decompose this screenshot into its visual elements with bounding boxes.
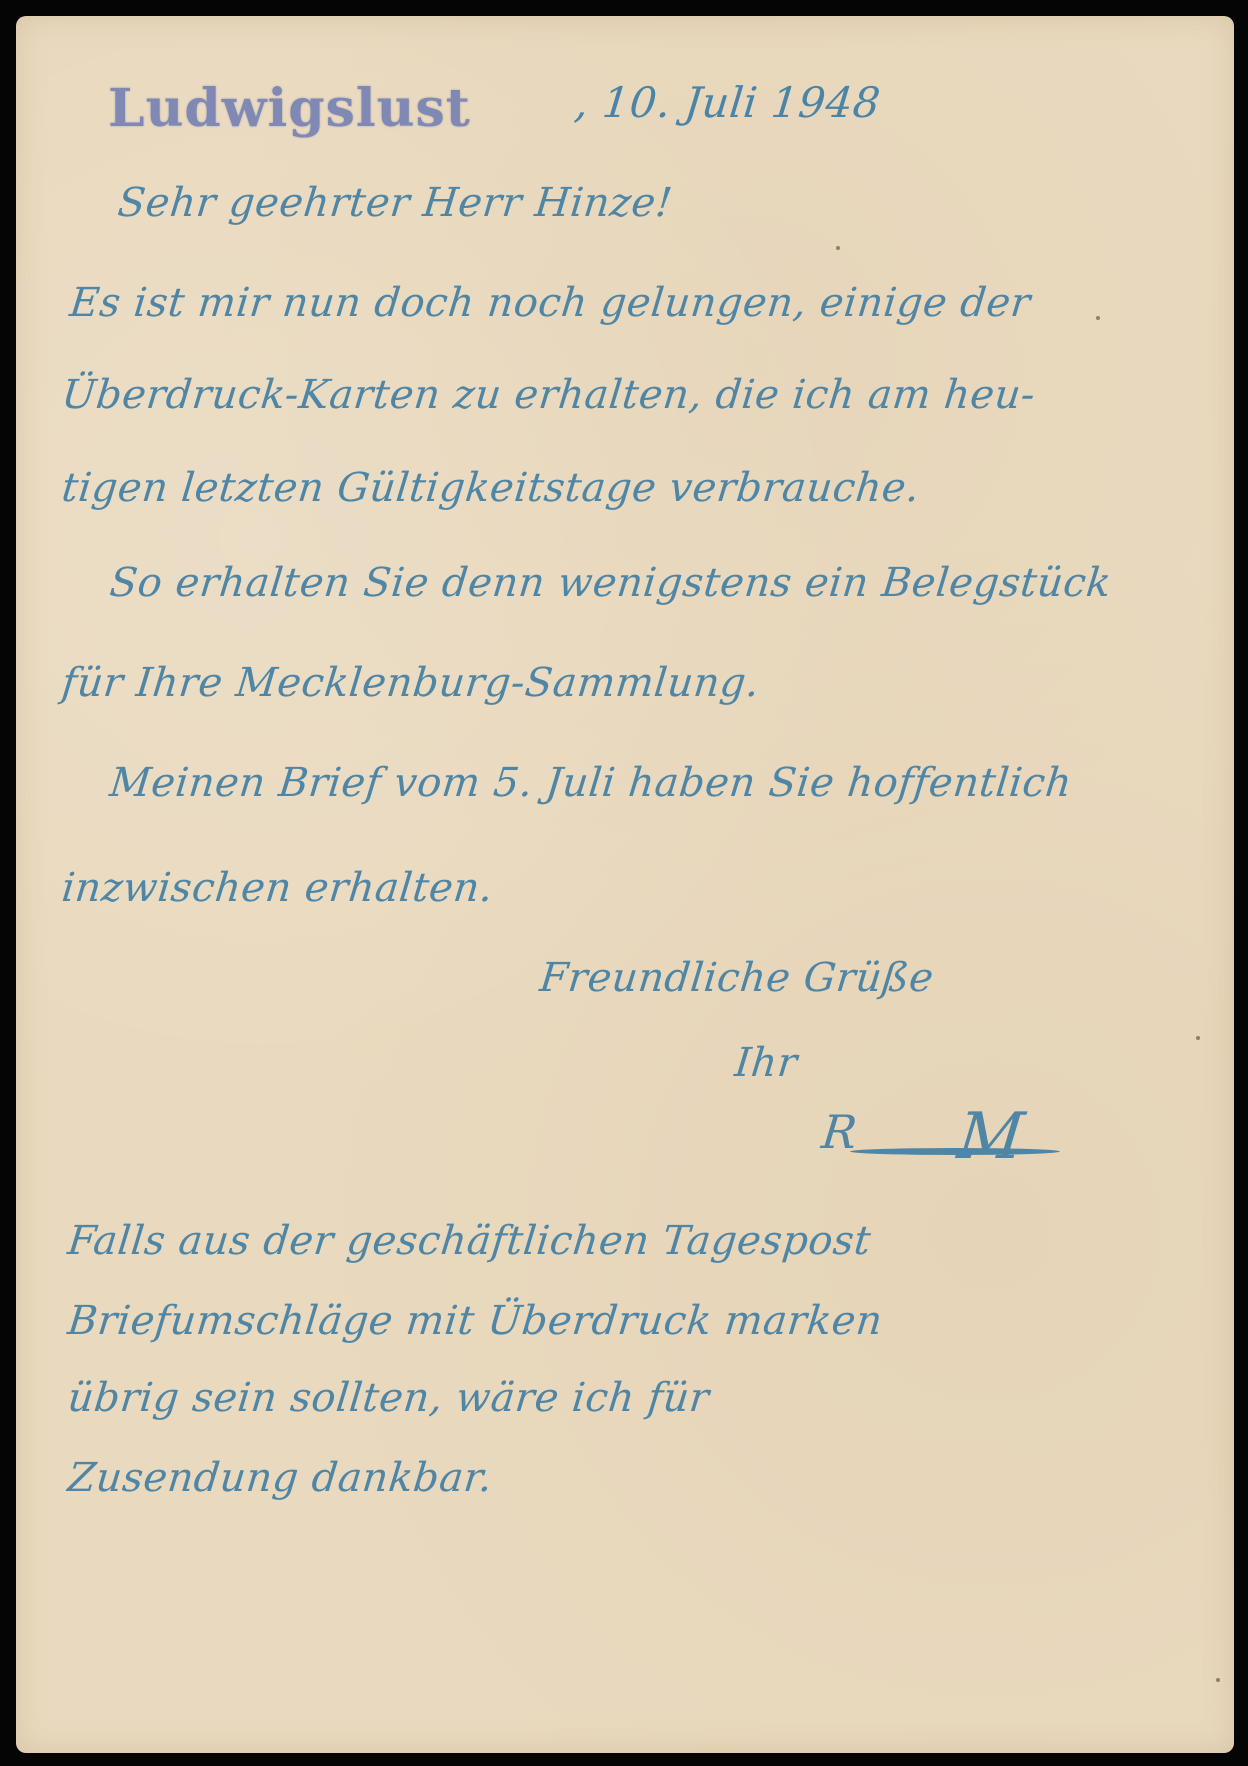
paper-speck: [836, 246, 840, 250]
postscript-line: übrig sein sollten, wäre ich für: [66, 1375, 712, 1421]
body-line: für Ihre Mecklenburg-Sammlung.: [60, 660, 762, 706]
closing-ihr: Ihr: [733, 1040, 800, 1086]
body-line: Es ist mir nun doch noch gelungen, einig…: [68, 280, 1033, 326]
postscript-line: Briefumschläge mit Überdruck marken: [66, 1298, 885, 1344]
paper-speck: [1216, 1678, 1220, 1682]
paper-speck: [1096, 316, 1100, 320]
body-line: So erhalten Sie denn wenigstens ein Bele…: [108, 560, 1114, 606]
body-line: inzwischen erhalten.: [60, 865, 496, 911]
body-line: Meinen Brief vom 5. Juli haben Sie hoffe…: [108, 760, 1075, 806]
closing: Freundliche Grüße: [538, 955, 936, 1001]
letter-date: , 10. Juli 1948: [572, 78, 882, 127]
postscript-line: Falls aus der geschäftlichen Tagespost: [66, 1218, 874, 1264]
signature-stroke: [850, 1148, 1060, 1155]
place-stamp: Ludwigslust: [108, 78, 471, 139]
body-line: tigen letzten Gültigkeitstage verbrauche…: [60, 465, 922, 511]
body-line: Überdruck-Karten zu erhalten, die ich am…: [60, 372, 1038, 418]
salutation: Sehr geehrter Herr Hinze!: [116, 180, 675, 226]
signature-end: M: [954, 1100, 1028, 1174]
paper-speck: [1196, 1036, 1200, 1040]
postscript-line: Zusendung dankbar.: [66, 1455, 495, 1501]
